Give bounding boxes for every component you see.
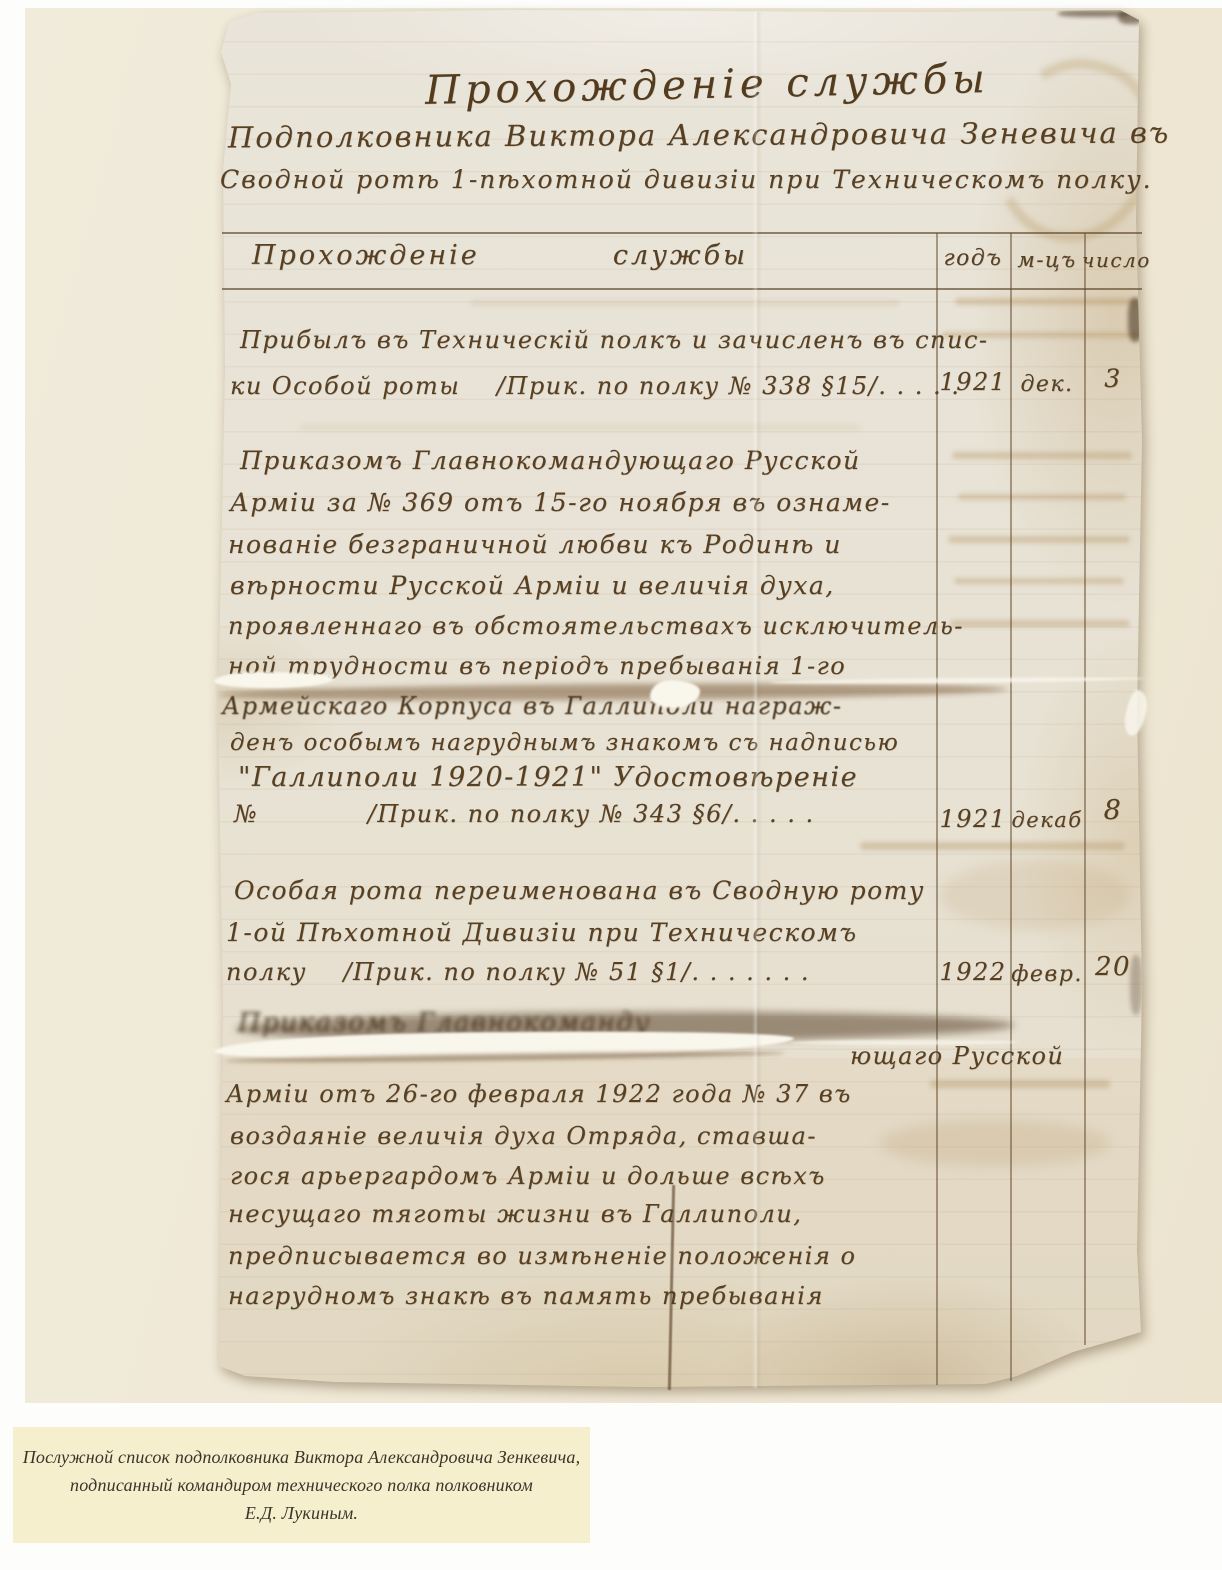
entry-day: 3	[1082, 364, 1144, 393]
entry-line: Арміи за № 369 отъ 15-го ноября въ ознам…	[230, 488, 891, 517]
caption-line: Послужной список подполковника Виктора А…	[23, 1447, 581, 1468]
paper-stain	[880, 1120, 1110, 1166]
entry-line: полку /Прик. по полку № 51 §1/. . . . . …	[226, 958, 810, 986]
column-line-day	[1084, 233, 1086, 1345]
bleed-through-mark	[955, 298, 1140, 305]
entry-line: Прибылъ въ Техническій полкъ и зачисленъ…	[240, 326, 989, 354]
entry-line: Особая рота переименована въ Сводную рот…	[234, 876, 925, 905]
document-subtitle-2: Сводной ротѣ 1-пѣхотной дивизіи при Техн…	[220, 165, 1153, 194]
entry-line: гося арьергардомъ Арміи и дольше всѣхъ	[230, 1162, 826, 1190]
entry-line: проявленнаго въ обстоятельствахъ исключи…	[228, 612, 964, 640]
torn-edge-mark	[1128, 298, 1142, 342]
entry-month: февр.	[1010, 962, 1084, 987]
entry-month: декаб	[1010, 808, 1084, 832]
entry-month: дек.	[1010, 372, 1084, 397]
paper-stain	[940, 860, 1130, 930]
entry-line: 1-ой Пѣхотной Дивизіи при Техническомъ	[226, 918, 858, 947]
entry-year: 1921	[936, 368, 1010, 396]
table-header-month: м-цъ	[1010, 248, 1084, 272]
entry-day: 20	[1082, 952, 1144, 982]
entry-line: нагрудномъ знакѣ въ память пребыванія	[228, 1282, 824, 1310]
vertical-fold-crease	[752, 12, 762, 1388]
entry-line: "Галлиполи 1920-1921" Удостовѣреніе	[238, 762, 858, 793]
caption-panel: Послужной список подполковника Виктора А…	[13, 1427, 590, 1543]
document-subtitle: Подполковника Виктора Александровича Зен…	[228, 116, 1170, 155]
entry-line: нованіе безграничной любви къ Родинѣ и	[228, 530, 842, 559]
entry-line: Приказомъ Главнокомандующаго Русской	[240, 446, 861, 475]
table-border-top	[222, 232, 1142, 234]
table-header-main: Прохожденіе службы	[252, 240, 748, 271]
bleed-through-mark	[954, 578, 1124, 584]
caption-line: Е.Д. Лукиным.	[245, 1503, 358, 1524]
book-page: Прохожденіе службы Подполковника Виктора…	[0, 0, 1222, 1570]
entry-line: ки Особой роты /Прик. по полку № 338 §15…	[230, 372, 960, 400]
table-header-year: годъ	[936, 246, 1010, 271]
entry-line: № /Прик. по полку № 343 §6/. . . . .	[234, 800, 815, 828]
entry-year: 1922	[936, 958, 1010, 986]
entry-line-fragment: ющаго Русской	[850, 1042, 1064, 1070]
bleed-through-mark	[950, 620, 1130, 627]
table-border-header-bottom	[222, 288, 1142, 290]
bleed-through-mark	[300, 424, 860, 430]
entry-day: 8	[1082, 795, 1144, 826]
entry-line: вѣрности Русской Арміи и величія духа,	[230, 571, 835, 600]
entry-line: воздаяніе величія духа Отряда, ставша-	[230, 1122, 817, 1150]
bleed-through-mark	[952, 452, 1132, 459]
entry-line: несущаго тяготы жизни въ Галлиполи,	[228, 1200, 802, 1228]
table-header-day: число	[1082, 248, 1144, 272]
bleed-through-mark	[948, 536, 1130, 543]
torn-edge-mark	[1118, 10, 1144, 24]
entry-year: 1921	[936, 805, 1010, 833]
entry-line-damaged: Армейскаго Корпуса въ Галлиполи награж-	[222, 692, 842, 720]
caption-line: подписанный командиром технического полк…	[70, 1475, 533, 1496]
entry-line: денъ особымъ нагруднымъ знакомъ съ надпи…	[230, 730, 899, 756]
bleed-through-mark	[930, 1080, 1110, 1088]
bleed-through-mark	[470, 300, 900, 306]
column-line-month	[1010, 233, 1012, 1381]
bleed-through-mark	[958, 494, 1126, 500]
entry-line: предписывается во измѣненіе положенія о	[228, 1242, 856, 1270]
